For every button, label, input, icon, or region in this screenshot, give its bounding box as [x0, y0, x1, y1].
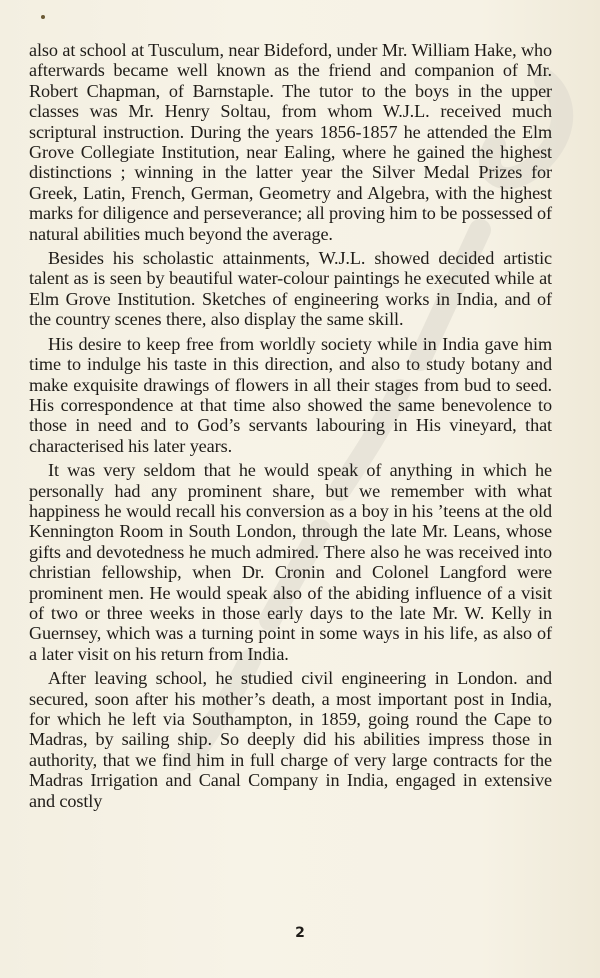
- body-text: also at school at Tusculum, near Bidefor…: [29, 40, 552, 815]
- paragraph-conversion: It was very seldom that he would speak o…: [29, 460, 552, 664]
- paragraph-engineering-career: After leaving school, he studied civil e…: [29, 668, 552, 811]
- paragraph-school: also at school at Tusculum, near Bidefor…: [29, 40, 552, 244]
- paper-speck: [41, 15, 45, 19]
- paragraph-artistic-talent: Besides his scholastic attainments, W.J.…: [29, 248, 552, 330]
- book-page: also at school at Tusculum, near Bidefor…: [0, 0, 600, 978]
- paragraph-india-botany: His desire to keep free from worldly soc…: [29, 334, 552, 456]
- page-number: 2: [0, 925, 600, 941]
